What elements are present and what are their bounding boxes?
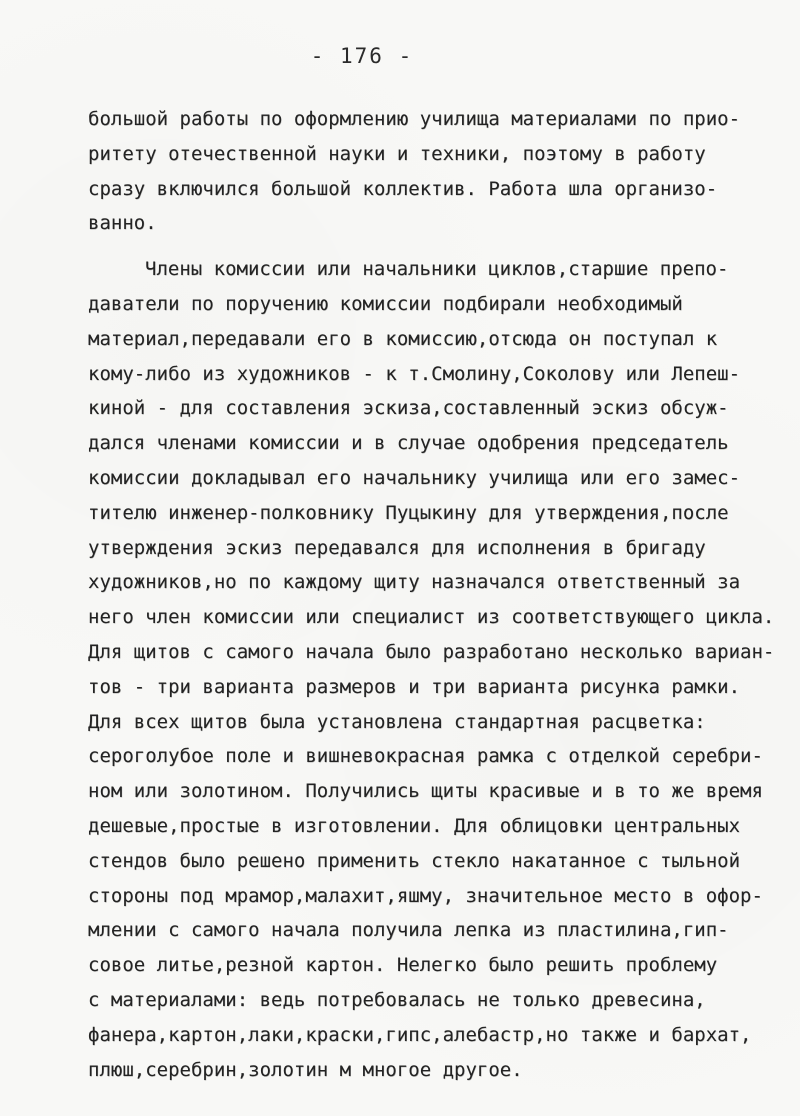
text-line: художников,но по каждому щиту назначался… xyxy=(88,565,798,600)
text-line: киной - для составления эскиза,составлен… xyxy=(88,391,798,426)
text-line: Для всех щитов была установлена стандарт… xyxy=(88,705,798,740)
paragraph: Члены комиссии или начальники циклов,ста… xyxy=(88,252,798,1087)
text-line: Члены комиссии или начальники циклов,ста… xyxy=(88,252,798,287)
text-line: тов - три варианта размеров и три вариан… xyxy=(88,670,798,705)
text-line: плюш,серебрин,золотин м многое другое. xyxy=(88,1053,798,1088)
document-body: большой работы по оформлению училища мат… xyxy=(0,102,800,1087)
text-line: сразу включился большой коллектив. Работ… xyxy=(88,172,798,207)
text-line: утверждения эскиз передавался для исполн… xyxy=(88,531,798,566)
text-line: млении с самого начала получила лепка из… xyxy=(88,913,798,948)
text-line: даватели по поручению комиссии подбирали… xyxy=(88,287,798,322)
text-line: материал,передавали его в комиссию,отсюд… xyxy=(88,322,798,357)
text-line: тителю инженер-полковнику Пуцыкину для у… xyxy=(88,496,798,531)
text-line: комиссии докладывал его начальнику учили… xyxy=(88,461,798,496)
text-line: Для щитов с самого начала было разработа… xyxy=(88,635,798,670)
text-line: большой работы по оформлению училища мат… xyxy=(88,102,798,137)
text-line: совое литье,резной картон. Нелегко было … xyxy=(88,948,798,983)
text-line: дался членами комиссии и в случае одобре… xyxy=(88,426,798,461)
text-line: ном или золотином. Получились щиты краси… xyxy=(88,774,798,809)
text-line: кому-либо из художников - к т.Смолину,Со… xyxy=(88,357,798,392)
paragraph: большой работы по оформлению училища мат… xyxy=(88,102,798,241)
scanned-document-page: - 176 - большой работы по оформлению учи… xyxy=(0,0,800,1116)
text-line: него член комиссии или специалист из соо… xyxy=(88,600,798,635)
text-line: стороны под мрамор,малахит,яшму, значите… xyxy=(88,879,798,914)
text-line: с материалами: ведь потребовалась не тол… xyxy=(88,983,798,1018)
text-line: ритету отечественной науки и техники, по… xyxy=(88,137,798,172)
text-line: фанера,картон,лаки,краски,гипс,алебастр,… xyxy=(88,1018,798,1053)
text-line: стендов было решено применить стекло нак… xyxy=(88,844,798,879)
page-number: - 176 - xyxy=(0,44,762,68)
text-line: дешевые,простые в изготовлении. Для обли… xyxy=(88,809,798,844)
text-line: сероголубое поле и вишневокрасная рамка … xyxy=(88,739,798,774)
text-line: ванно. xyxy=(88,206,798,241)
